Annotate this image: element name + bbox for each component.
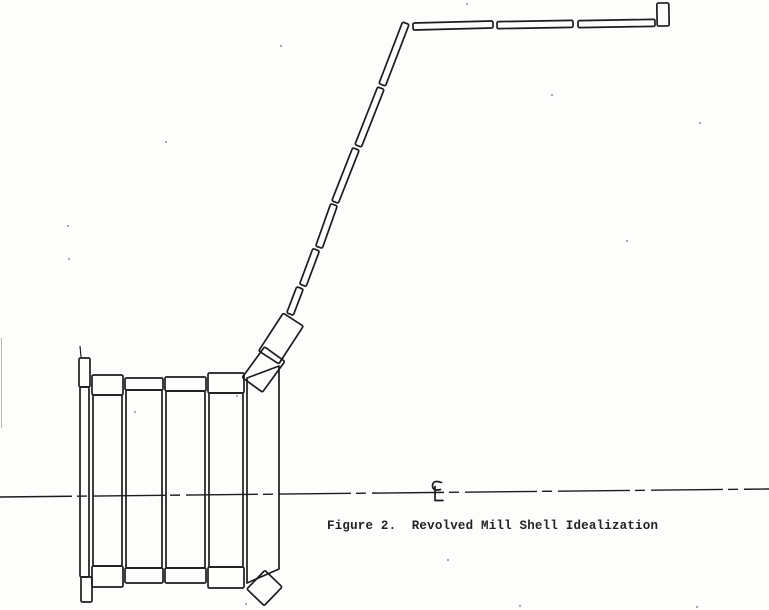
- scan-speck: [280, 45, 282, 47]
- shell-ring-1-top-cap: [92, 375, 123, 395]
- cone-plate-segment-1: [379, 22, 409, 86]
- feed-end-flange-bottom: [81, 577, 92, 602]
- head-plate-segment-2: [497, 20, 573, 28]
- scan-speck: [447, 559, 449, 561]
- scan-speck: [699, 122, 701, 124]
- feed-end-flange: [80, 387, 89, 577]
- scan-speck: [236, 395, 238, 397]
- scanned-figure-page: Figure 2. Revolved Mill Shell Idealizati…: [0, 0, 769, 610]
- cone-plate-segment-3: [332, 148, 359, 204]
- flange-tick-mark: [80, 346, 81, 357]
- scan-speck: [245, 603, 247, 605]
- cone-knuckle-block-upper: [259, 313, 304, 364]
- mill-centerline: [0, 489, 769, 497]
- shell-ring-1-bottom-cap: [92, 566, 123, 587]
- head-plate-segment-3: [578, 19, 655, 27]
- scan-speck: [626, 240, 628, 242]
- shell-ring-3-bottom-cap: [165, 568, 206, 583]
- scan-speck: [134, 411, 136, 413]
- scan-speck: [551, 94, 553, 96]
- shell-ring-3: [166, 391, 205, 568]
- cone-plate-segment-5: [300, 248, 320, 286]
- scan-speck: [165, 141, 167, 143]
- scan-speck: [67, 225, 69, 227]
- scan-speck: [696, 606, 698, 608]
- shell-ring-3-top-cap: [165, 377, 206, 391]
- shell-ring-2-top-cap: [125, 378, 163, 390]
- cone-shell-panel: [247, 366, 279, 583]
- shell-ring-4-top-cap: [208, 373, 244, 393]
- cone-plate-segment-6: [287, 287, 304, 316]
- cone-plate-segment-2: [355, 87, 384, 147]
- scan-speck: [68, 258, 70, 260]
- cone-plate-segment-4: [316, 204, 338, 249]
- trunnion-end-plate: [657, 3, 669, 26]
- shell-ring-4: [209, 393, 243, 567]
- figure-caption: Figure 2. Revolved Mill Shell Idealizati…: [327, 519, 658, 533]
- shell-ring-4-bottom-cap: [208, 567, 244, 588]
- feed-end-flange-top: [79, 358, 90, 387]
- scan-speck: [519, 605, 521, 607]
- shell-ring-1: [93, 395, 122, 566]
- centre-line-symbol-icon: [433, 482, 444, 501]
- head-plate-segment-1: [413, 21, 493, 30]
- shell-ring-2-bottom-cap: [125, 568, 163, 583]
- scan-speck: [466, 3, 468, 5]
- shell-ring-2: [126, 390, 162, 568]
